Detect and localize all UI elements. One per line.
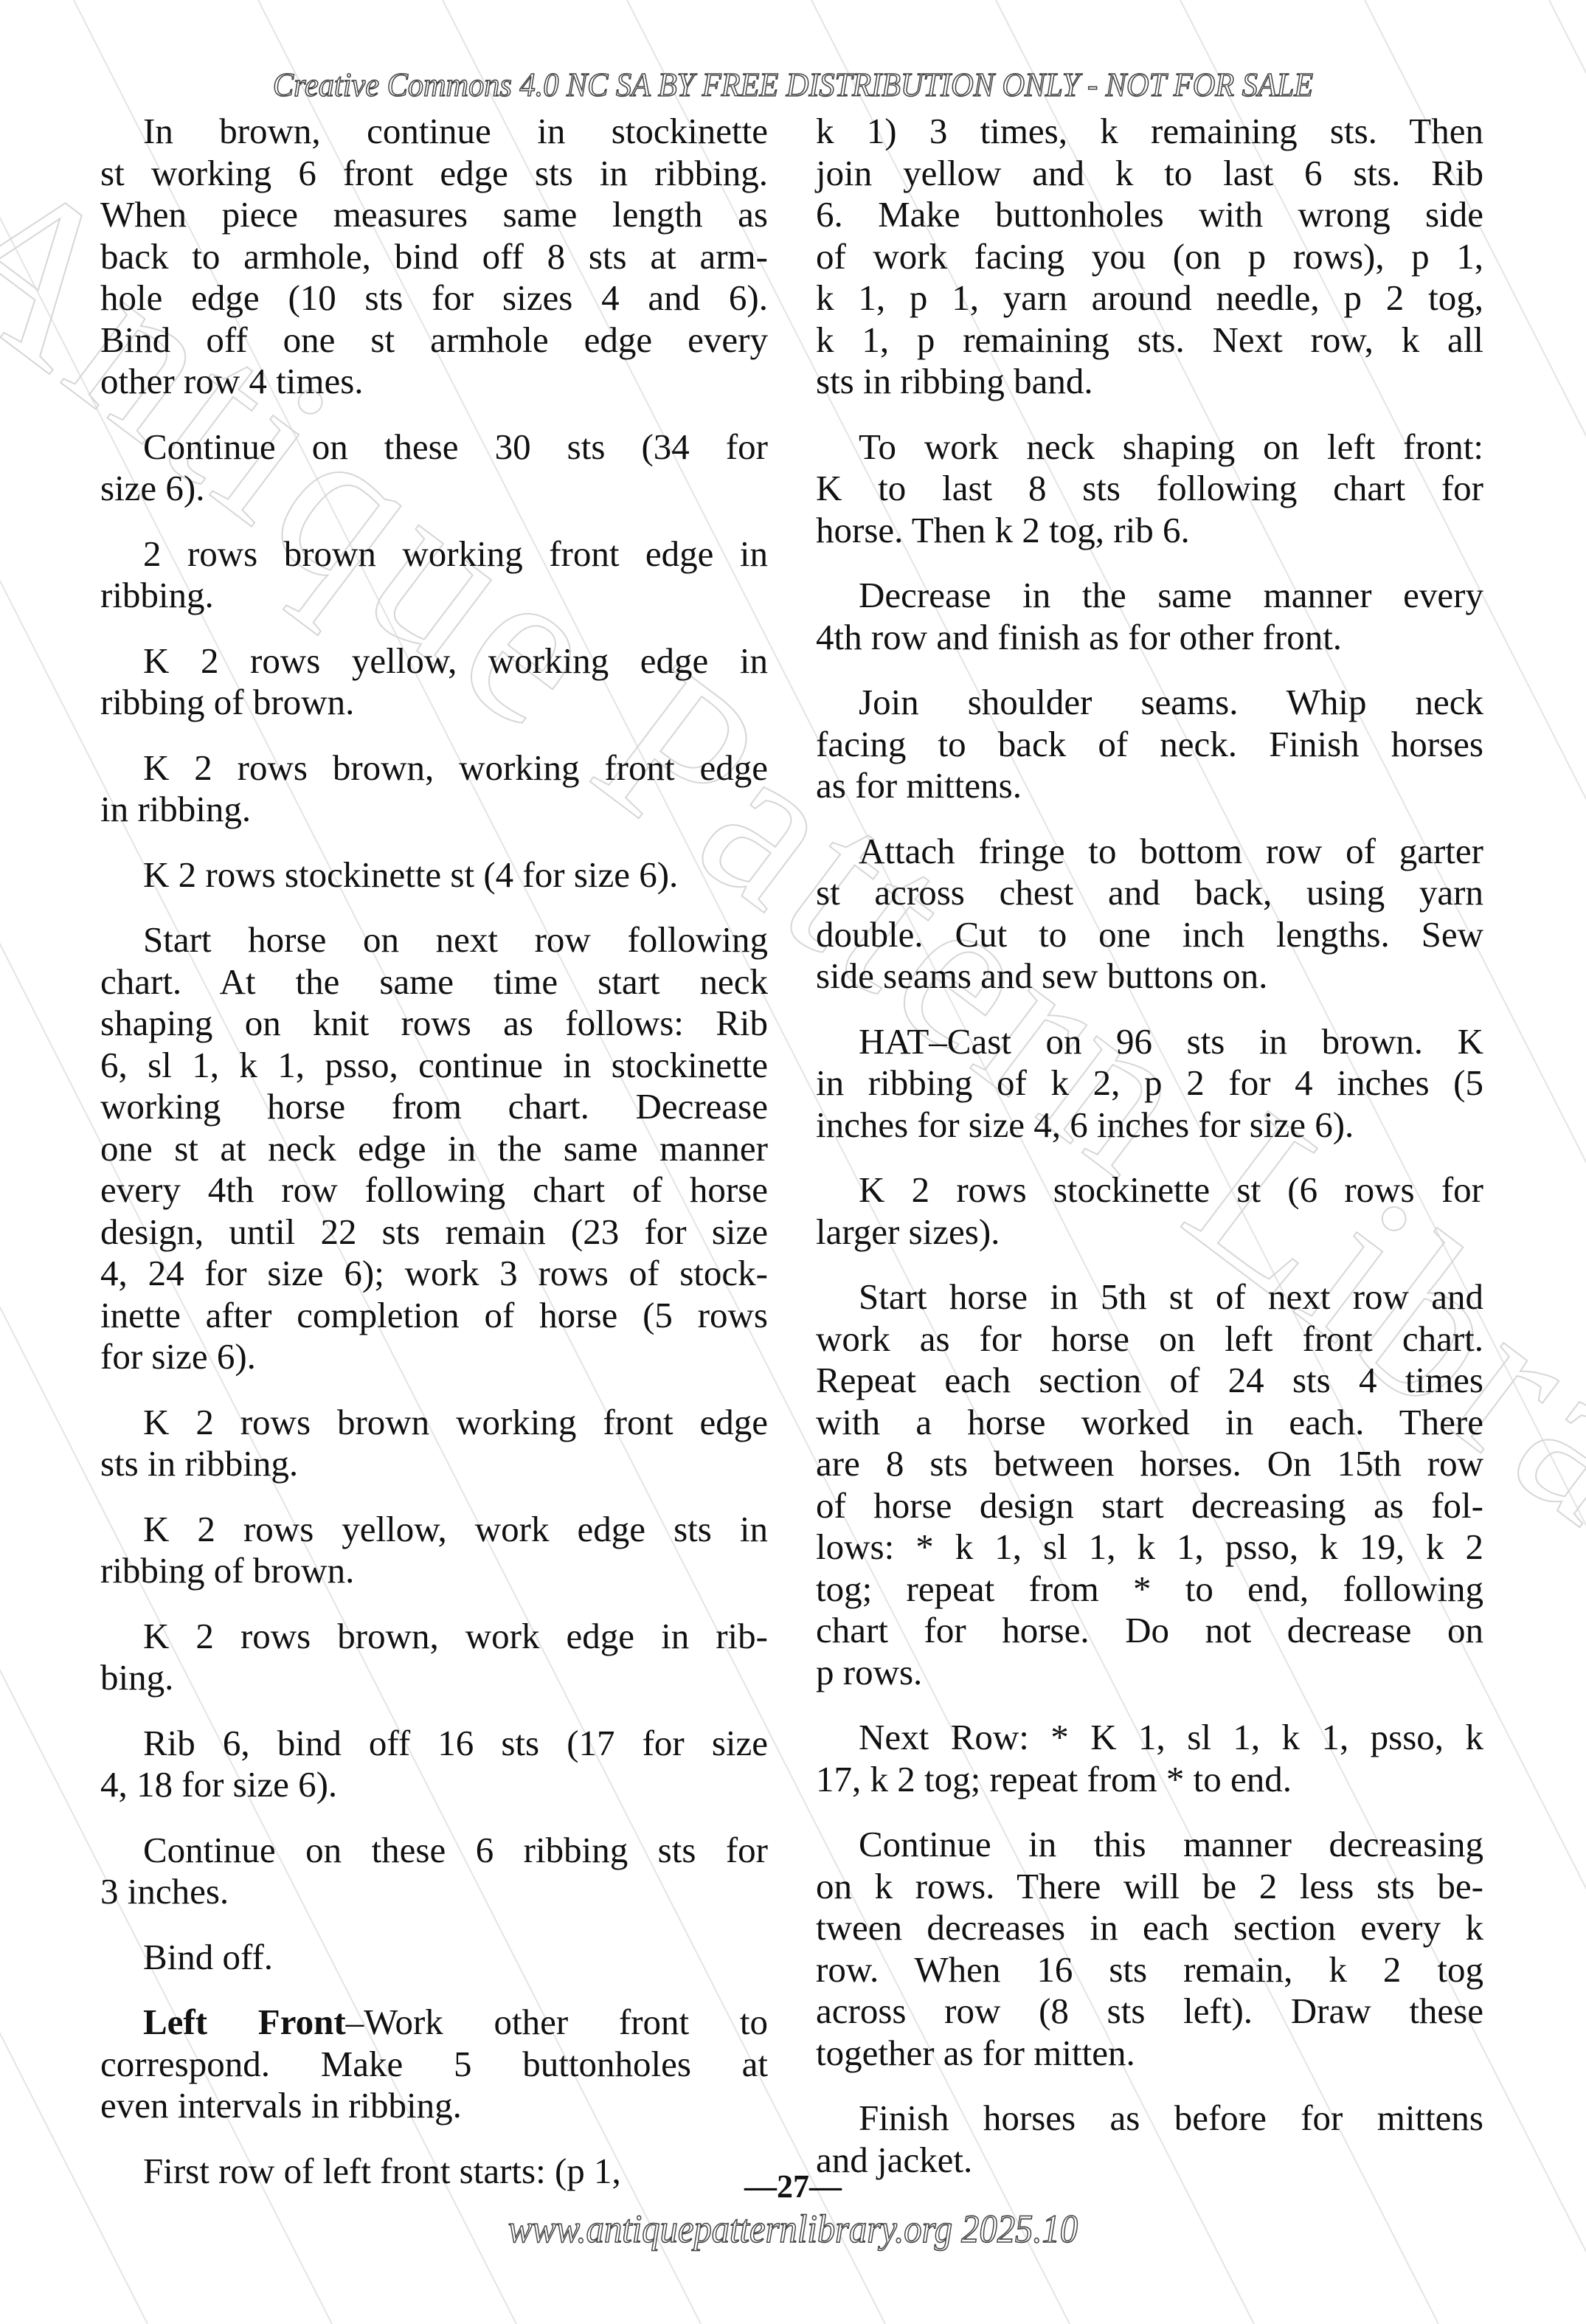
text-line: row. When 16 sts remain, k 2 tog (816, 1949, 1483, 1991)
text-line: Repeat each section of 24 sts 4 times (816, 1360, 1483, 1402)
paragraph: K 2 rows stockinette st (6 rows forlarge… (816, 1169, 1483, 1253)
text-line: even intervals in ribbing. (100, 2085, 768, 2127)
text-line: To work neck shaping on left front: (816, 426, 1483, 468)
text-line: K 2 rows stockinette st (6 rows for (816, 1169, 1483, 1211)
paragraph: Next Row: * K 1, sl 1, k 1, psso, k17, k… (816, 1717, 1483, 1800)
paragraph: In brown, continue in stockinettest work… (100, 111, 768, 403)
text-line: 3 inches. (100, 1871, 768, 1913)
paragraph: K 2 rows stockinette st (4 for size 6). (100, 854, 768, 896)
text-line: back to armhole, bind off 8 sts at arm- (100, 236, 768, 278)
paragraph: k 1) 3 times, k remaining sts. Thenjoin … (816, 111, 1483, 403)
text-line: working horse from chart. Decrease (100, 1086, 768, 1128)
text-line: hole edge (10 sts for sizes 4 and 6). (100, 277, 768, 319)
text-line: tog; repeat from * to end, following (816, 1569, 1483, 1611)
text-line: Start horse in 5th st of next row and (816, 1276, 1483, 1318)
text-line: k 1) 3 times, k remaining sts. Then (816, 111, 1483, 153)
license-banner: Creative Commons 4.0 NC SA BY FREE DISTR… (63, 65, 1523, 104)
text-line: Decrease in the same manner every (816, 575, 1483, 617)
paragraph: HAT–Cast on 96 sts in brown. Kin ribbing… (816, 1021, 1483, 1147)
text-line: inette after completion of horse (5 rows (100, 1295, 768, 1337)
text-line: of work facing you (on p rows), p 1, (816, 236, 1483, 278)
text-line: side seams and sew buttons on. (816, 955, 1483, 997)
paragraph: Left Front–Work other front tocorrespond… (100, 2002, 768, 2127)
paragraph: K 2 rows brown, work edge in rib-bing. (100, 1616, 768, 1699)
text-line: Continue on these 30 sts (34 for (100, 426, 768, 468)
text-line: K to last 8 sts following chart for (816, 468, 1483, 510)
text-line: HAT–Cast on 96 sts in brown. K (816, 1021, 1483, 1063)
text-line: are 8 sts between horses. On 15th row (816, 1443, 1483, 1485)
paragraph: K 2 rows yellow, work edge sts inribbing… (100, 1509, 768, 1592)
paragraph: Attach fringe to bottom row of garterst … (816, 831, 1483, 997)
paragraph: Start horse on next row followingchart. … (100, 919, 768, 1378)
text-line: p rows. (816, 1652, 1483, 1694)
text-line: 6. Make buttonholes with wrong side (816, 194, 1483, 236)
text-line: together as for mitten. (816, 2033, 1483, 2075)
text-line: Left Front–Work other front to (100, 2002, 768, 2044)
paragraph: Continue on these 30 sts (34 forsize 6). (100, 426, 768, 510)
text-line: st across chest and back, using yarn (816, 872, 1483, 914)
text-line: 17, k 2 tog; repeat from * to end. (816, 1759, 1483, 1801)
text-line: of horse design start decreasing as fol- (816, 1485, 1483, 1527)
right-column: k 1) 3 times, k remaining sts. Thenjoin … (816, 111, 1483, 2204)
text-line: Next Row: * K 1, sl 1, k 1, psso, k (816, 1717, 1483, 1759)
section-heading: Left Front (143, 2002, 346, 2042)
footer-site-link[interactable]: www.antiquepatternlibrary.org 2025.10 (80, 2206, 1507, 2252)
paragraph: K 2 rows yellow, working edge inribbing … (100, 640, 768, 724)
paragraph: K 2 rows brown, working front edgein rib… (100, 747, 768, 831)
text-line: across row (8 sts left). Draw these (816, 1991, 1483, 2033)
text-line: bing. (100, 1657, 768, 1699)
text-line: Start horse on next row following (100, 919, 768, 961)
text-line: 2 rows brown working front edge in (100, 533, 768, 575)
paragraph: Continue on these 6 ribbing sts for3 inc… (100, 1830, 768, 1913)
text-line: st working 6 front edge sts in ribbing. (100, 153, 768, 195)
text-line: chart. At the same time start neck (100, 961, 768, 1003)
text-line: horse. Then k 2 tog, rib 6. (816, 510, 1483, 552)
paragraph: Decrease in the same manner every4th row… (816, 575, 1483, 658)
text-line: k 1, p 1, yarn around needle, p 2 tog, (816, 277, 1483, 319)
text-line: correspond. Make 5 buttonholes at (100, 2044, 768, 2086)
text-line: double. Cut to one inch lengths. Sew (816, 914, 1483, 956)
text-line: Bind off. (100, 1937, 768, 1979)
left-column: In brown, continue in stockinettest work… (100, 111, 768, 2216)
text-line: with a horse worked in each. There (816, 1402, 1483, 1444)
text-line: inches for size 4, 6 inches for size 6). (816, 1104, 1483, 1147)
paragraph: K 2 rows brown working front edgests in … (100, 1402, 768, 1485)
paragraph: Rib 6, bind off 16 sts (17 for size4, 18… (100, 1723, 768, 1806)
text-line: design, until 22 sts remain (23 for size (100, 1211, 768, 1253)
paragraph: Start horse in 5th st of next row andwor… (816, 1276, 1483, 1693)
page-number: —27— (0, 2168, 1586, 2205)
text-line: When piece measures same length as (100, 194, 768, 236)
text-line: K 2 rows brown, working front edge (100, 747, 768, 789)
text-line: 6, sl 1, k 1, psso, continue in stockine… (100, 1045, 768, 1087)
text-line: ribbing of brown. (100, 682, 768, 724)
text-line: every 4th row following chart of horse (100, 1169, 768, 1211)
text-line: Rib 6, bind off 16 sts (17 for size (100, 1723, 768, 1765)
text-line: K 2 rows stockinette st (4 for size 6). (100, 854, 768, 896)
text-line: other row 4 times. (100, 361, 768, 403)
text-line: larger sizes). (816, 1211, 1483, 1253)
text-line: 4, 18 for size 6). (100, 1764, 768, 1806)
text-line: in ribbing of k 2, p 2 for 4 inches (5 (816, 1062, 1483, 1104)
text-line: for size 6). (100, 1336, 768, 1378)
paragraph: Bind off. (100, 1937, 768, 1979)
text-line: Bind off one st armhole edge every (100, 319, 768, 362)
text-line: in ribbing. (100, 789, 768, 831)
text-line: lows: * k 1, sl 1, k 1, psso, k 19, k 2 (816, 1526, 1483, 1569)
paragraph: Continue in this manner decreasingon k r… (816, 1824, 1483, 2074)
text-line: sts in ribbing band. (816, 361, 1483, 403)
text-line: Join shoulder seams. Whip neck (816, 682, 1483, 724)
text-line: shaping on knit rows as follows: Rib (100, 1003, 768, 1045)
paragraph: 2 rows brown working front edge inribbin… (100, 533, 768, 617)
paragraph: To work neck shaping on left front:K to … (816, 426, 1483, 552)
text-line: K 2 rows brown working front edge (100, 1402, 768, 1444)
text-line: facing to back of neck. Finish horses (816, 724, 1483, 766)
text-line: Continue on these 6 ribbing sts for (100, 1830, 768, 1872)
text-line: ribbing of brown. (100, 1550, 768, 1592)
text-line: join yellow and k to last 6 sts. Rib (816, 153, 1483, 195)
text-line: 4th row and finish as for other front. (816, 617, 1483, 659)
paragraph: Join shoulder seams. Whip neckfacing to … (816, 682, 1483, 807)
text-line: In brown, continue in stockinette (100, 111, 768, 153)
text-line: 4, 24 for size 6); work 3 rows of stock- (100, 1253, 768, 1295)
text-line: Attach fringe to bottom row of garter (816, 831, 1483, 873)
text-line: Continue in this manner decreasing (816, 1824, 1483, 1866)
text-line: K 2 rows yellow, working edge in (100, 640, 768, 682)
text-line: work as for horse on left front chart. (816, 1318, 1483, 1360)
text-line: k 1, p remaining sts. Next row, k all (816, 319, 1483, 362)
text-line: chart for horse. Do not decrease on (816, 1610, 1483, 1652)
text-line: sts in ribbing. (100, 1443, 768, 1485)
text-line: one st at neck edge in the same manner (100, 1128, 768, 1170)
text-line: on k rows. There will be 2 less sts be- (816, 1866, 1483, 1908)
text-line: K 2 rows yellow, work edge sts in (100, 1509, 768, 1551)
text-line: tween decreases in each section every k (816, 1907, 1483, 1949)
text-line: as for mittens. (816, 765, 1483, 807)
text-line: K 2 rows brown, work edge in rib- (100, 1616, 768, 1658)
text-line: size 6). (100, 468, 768, 510)
text-line: Finish horses as before for mittens (816, 2098, 1483, 2140)
text-line: ribbing. (100, 575, 768, 617)
